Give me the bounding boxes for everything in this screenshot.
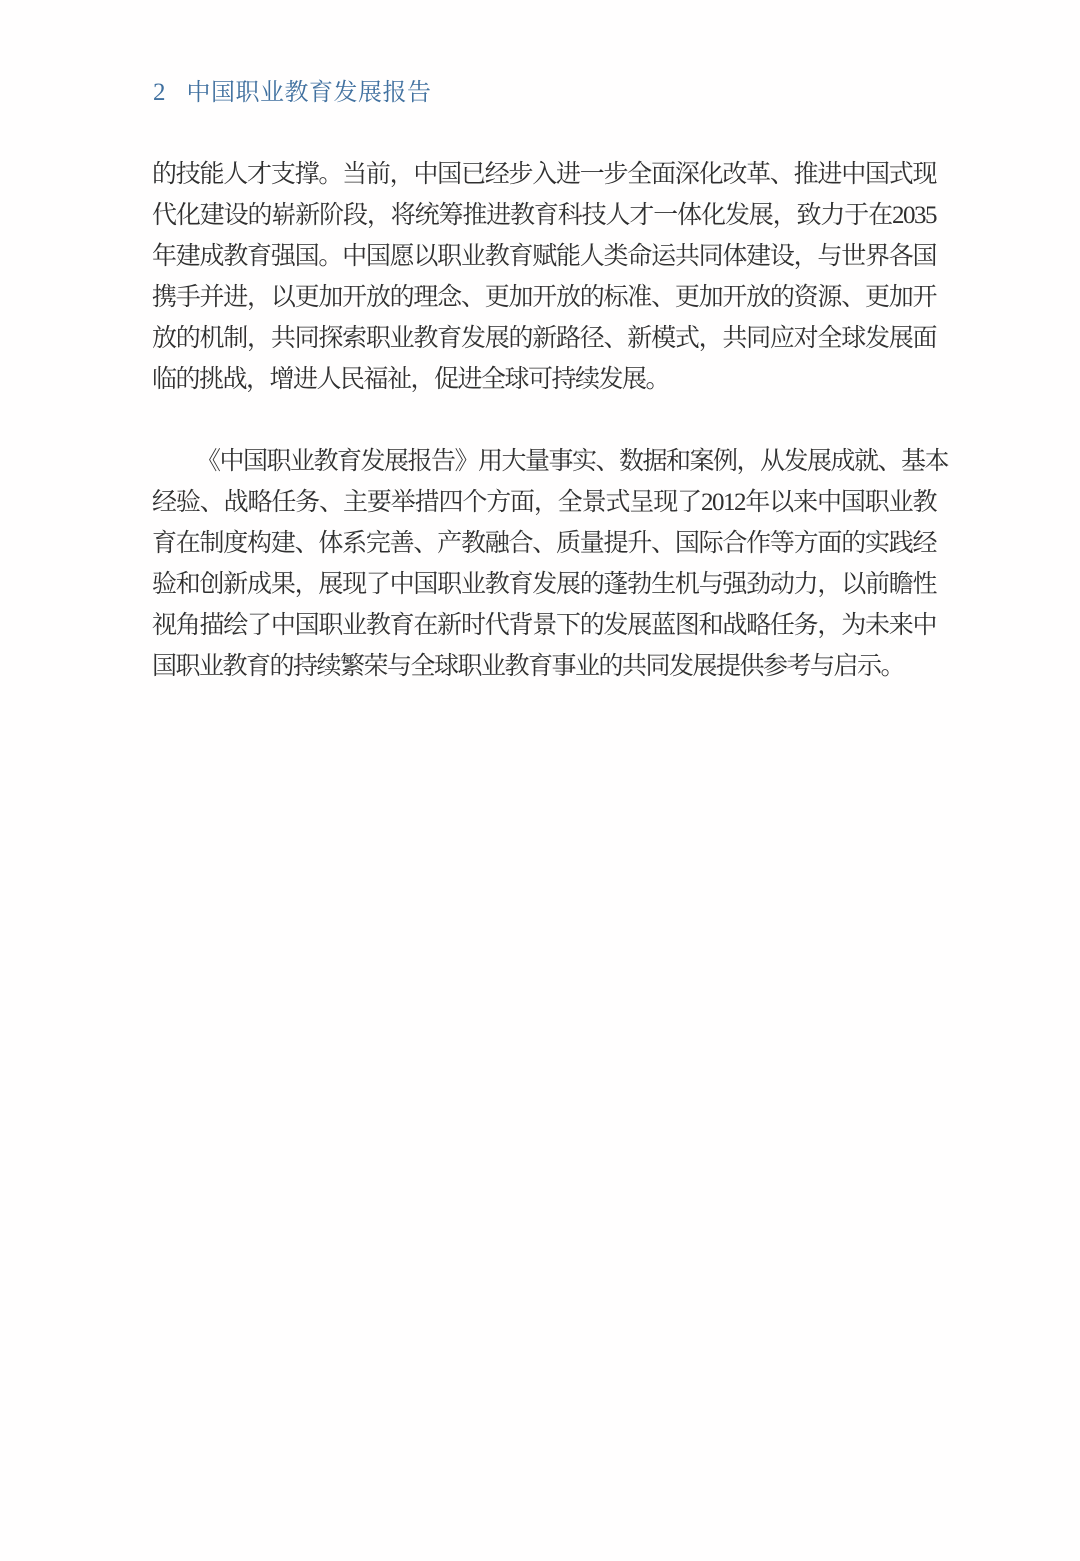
text-line: 《中国职业教育发展报告》用大量事实、数据和案例，从发展成就、基本 xyxy=(152,441,936,482)
paragraph-2: 《中国职业教育发展报告》用大量事实、数据和案例，从发展成就、基本 经验、战略任务… xyxy=(152,441,936,687)
text-line: 放的机制，共同探索职业教育发展的新路径、新模式，共同应对全球发展面 xyxy=(152,318,936,359)
text-line: 携手并进，以更加开放的理念、更加开放的标准、更加开放的资源、更加开 xyxy=(152,277,936,318)
paragraph-1: 的技能人才支撑。当前，中国已经步入进一步全面深化改革、推进中国式现 代化建设的崭… xyxy=(152,154,936,400)
text-line: 代化建设的崭新阶段，将统筹推进教育科技人才一体化发展，致力于在2035 xyxy=(152,195,936,236)
text-line: 经验、战略任务、主要举措四个方面，全景式呈现了2012年以来中国职业教 xyxy=(152,482,936,523)
text-line: 年建成教育强国。中国愿以职业教育赋能人类命运共同体建设，与世界各国 xyxy=(152,236,936,277)
text-line: 视角描绘了中国职业教育在新时代背景下的发展蓝图和战略任务，为未来中 xyxy=(152,605,936,646)
page-body: 的技能人才支撑。当前，中国已经步入进一步全面深化改革、推进中国式现 代化建设的崭… xyxy=(152,154,936,687)
document-page: 2 中国职业教育发展报告 的技能人才支撑。当前，中国已经步入进一步全面深化改革、… xyxy=(0,0,1080,1561)
text-line: 临的挑战，增进人民福祉，促进全球可持续发展。 xyxy=(152,359,936,400)
text-line: 育在制度构建、体系完善、产教融合、质量提升、国际合作等方面的实践经 xyxy=(152,523,936,564)
text-line: 国职业教育的持续繁荣与全球职业教育事业的共同发展提供参考与启示。 xyxy=(152,646,936,687)
text-line: 的技能人才支撑。当前，中国已经步入进一步全面深化改革、推进中国式现 xyxy=(152,154,936,195)
page-number: 2 xyxy=(153,79,166,107)
text-line: 验和创新成果，展现了中国职业教育发展的蓬勃生机与强劲动力，以前瞻性 xyxy=(152,564,936,605)
running-header: 2 中国职业教育发展报告 xyxy=(153,72,432,107)
running-header-title: 中国职业教育发展报告 xyxy=(187,72,432,107)
